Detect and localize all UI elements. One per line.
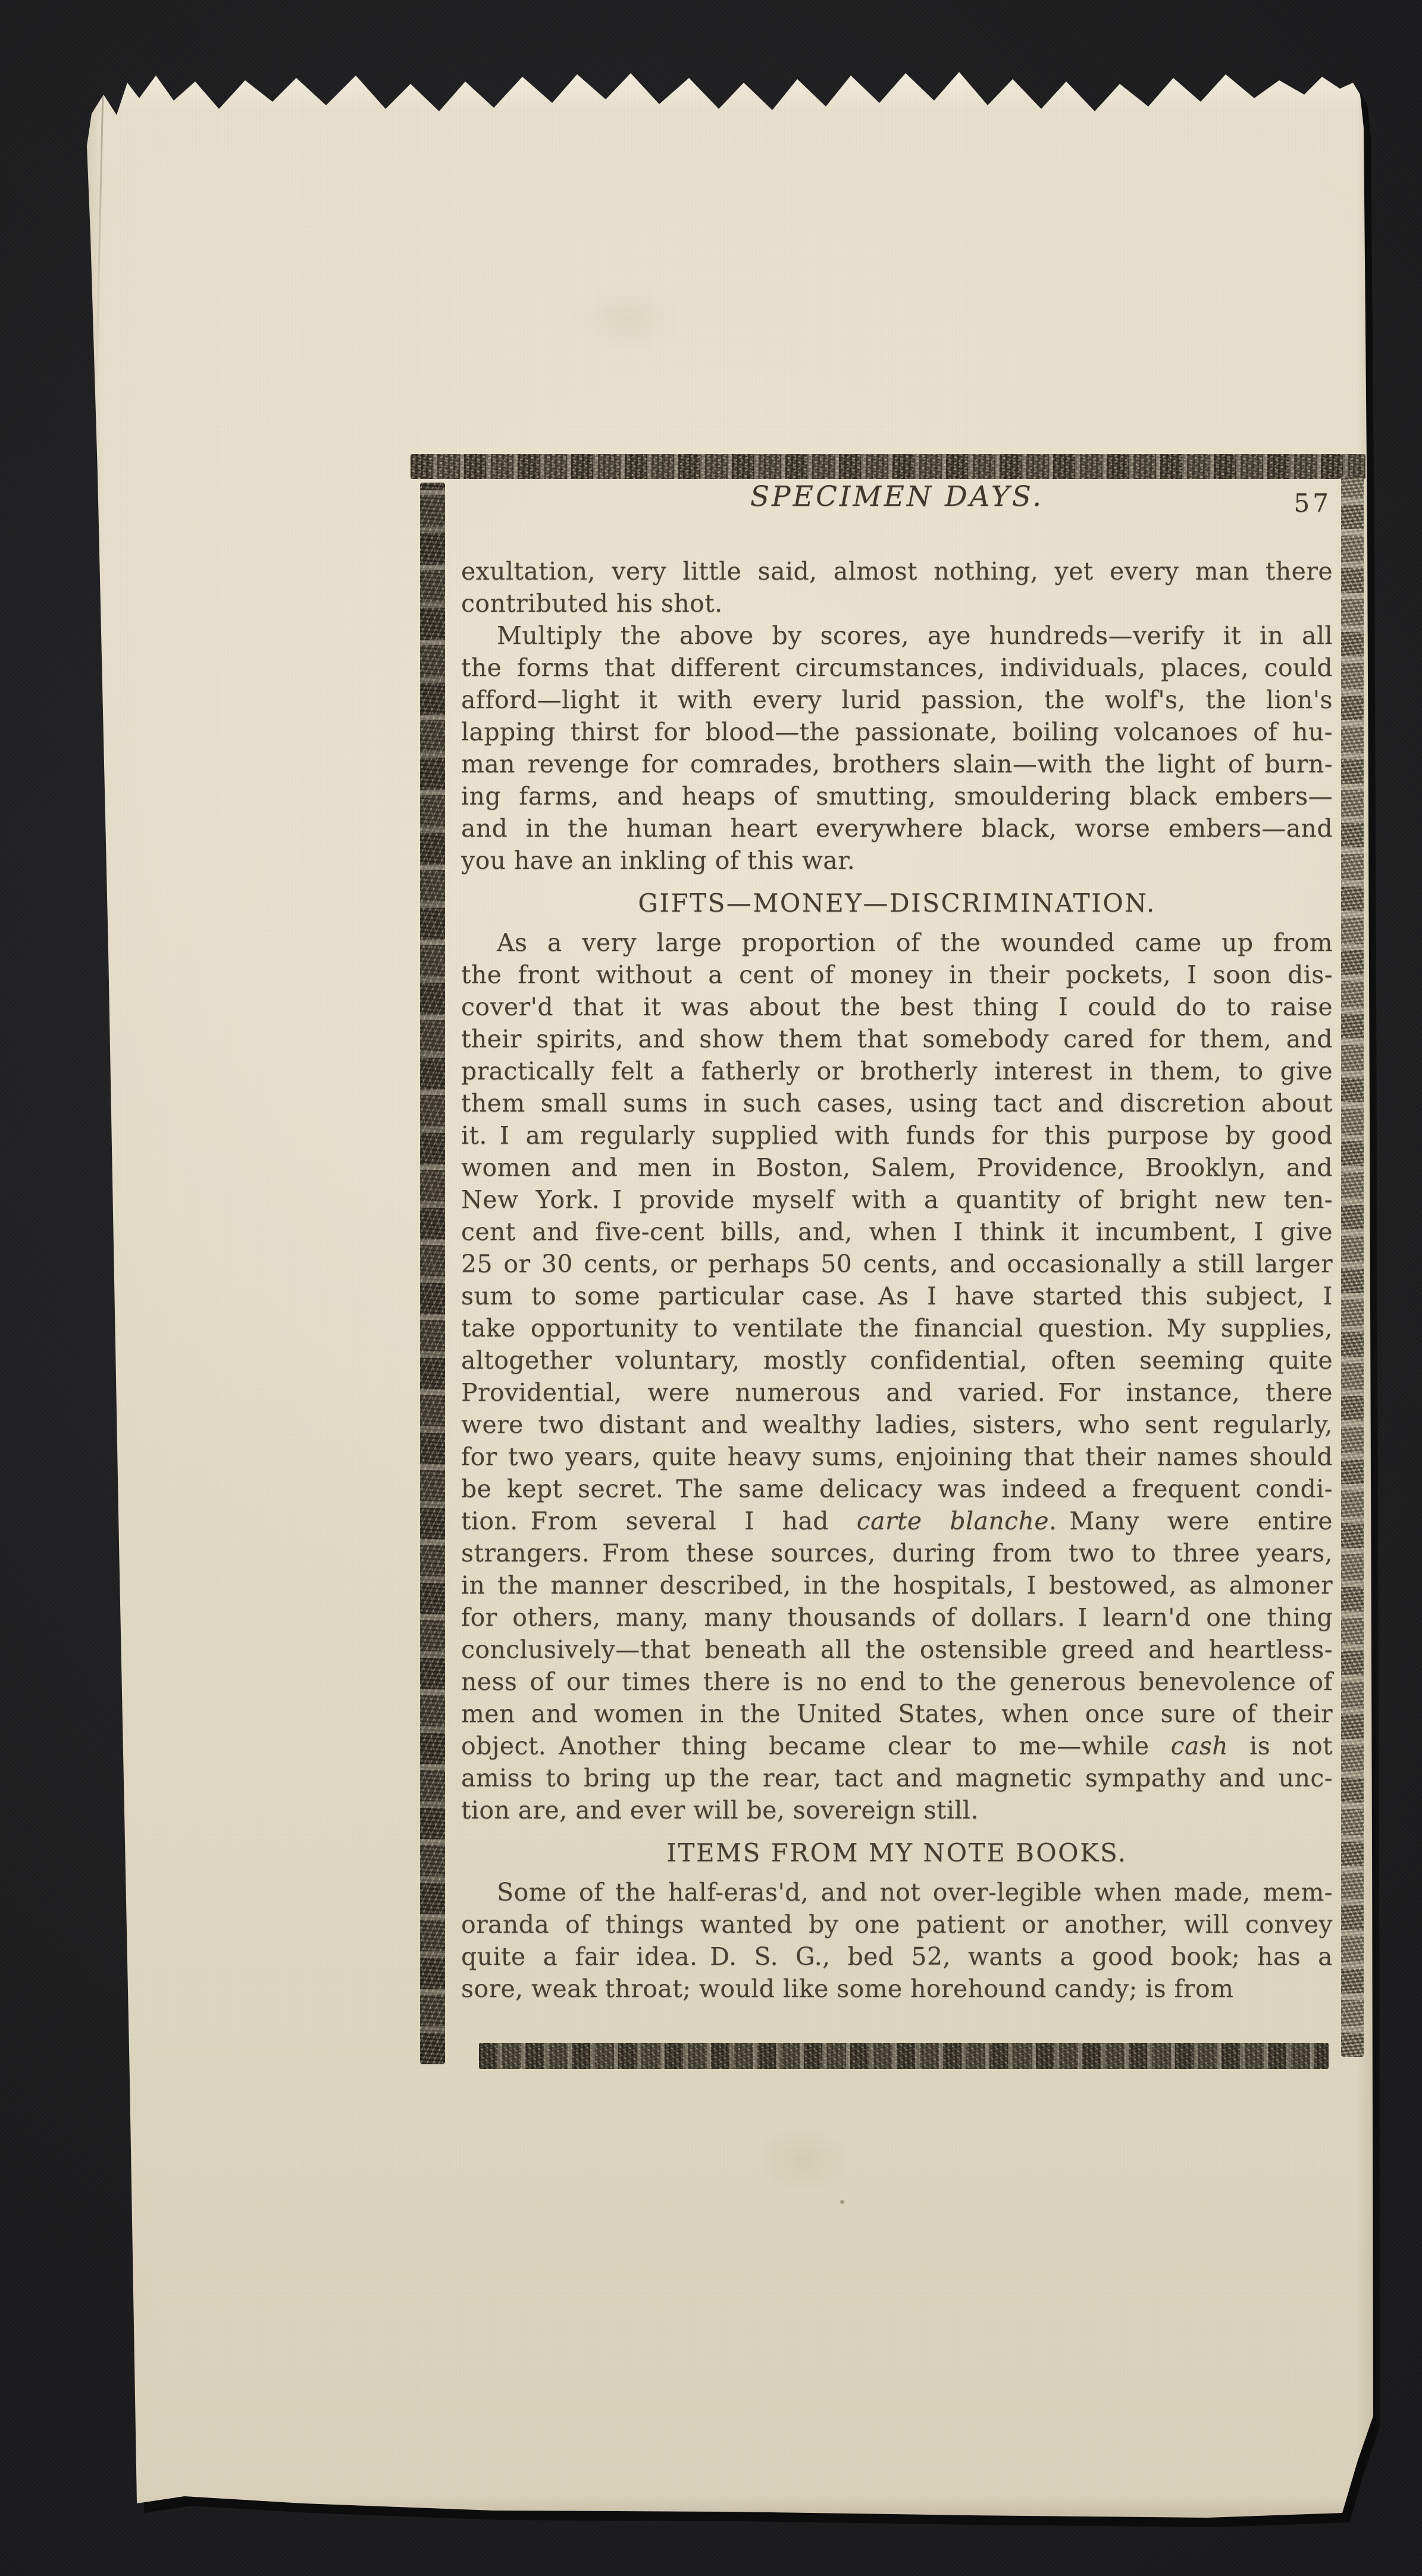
text-line: the forms that different circumstances, … bbox=[461, 652, 1333, 684]
text-line: man revenge for comrades, brothers slain… bbox=[461, 748, 1333, 780]
text-line: cover'd that it was about the best thing… bbox=[461, 991, 1333, 1023]
paper-crease bbox=[95, 80, 104, 390]
text-line: object. Another thing became clear to me… bbox=[461, 1730, 1333, 1762]
page-number: 57 bbox=[1294, 489, 1332, 518]
text-line: sore, weak throat; would like some horeh… bbox=[461, 1973, 1333, 2005]
text-line: and in the human heart everywhere black,… bbox=[461, 812, 1333, 844]
text-line: it. I am regularly supplied with funds f… bbox=[461, 1119, 1333, 1151]
paragraph: Some of the half-eras'd, and not over-le… bbox=[461, 1876, 1333, 2005]
section-heading: ITEMS FROM MY NOTE BOOKS. bbox=[461, 1838, 1333, 1868]
text-line: them small sums in such cases, using tac… bbox=[461, 1087, 1333, 1119]
paragraph: Multiply the above by scores, aye hundre… bbox=[461, 619, 1333, 877]
text-line: cent and five-cent bills, and, when I th… bbox=[461, 1216, 1333, 1248]
text-line: afford—light it with every lurid passion… bbox=[461, 684, 1333, 716]
text-line: 25 or 30 cents, or perhaps 50 cents, and… bbox=[461, 1248, 1333, 1280]
text-line: Multiply the above by scores, aye hundre… bbox=[461, 619, 1333, 652]
text-line: the front without a cent of money in the… bbox=[461, 959, 1333, 991]
text-line: for two years, quite heavy sums, enjoini… bbox=[461, 1441, 1333, 1473]
ornament-top-rule bbox=[411, 454, 1365, 479]
page-content: exultation, very little said, almost not… bbox=[461, 555, 1333, 2005]
text-line: lapping thirst for blood—the passionate,… bbox=[461, 716, 1333, 748]
text-line: tion. From several I had carte blanche. … bbox=[461, 1505, 1333, 1537]
text-line: you have an inkling of this war. bbox=[461, 844, 1333, 877]
text-line: take opportunity to ventilate the financ… bbox=[461, 1312, 1333, 1344]
text-line: be kept secret. The same delicacy was in… bbox=[461, 1473, 1333, 1505]
text-line: contributed his shot. bbox=[461, 587, 1333, 619]
text-line: altogether voluntary, mostly confidentia… bbox=[461, 1344, 1333, 1376]
text-line: for others, many, many thousands of doll… bbox=[461, 1601, 1333, 1633]
text-line: ness of our times there is no end to the… bbox=[461, 1666, 1333, 1698]
text-line: New York. I provide myself with a quanti… bbox=[461, 1184, 1333, 1216]
text-line: women and men in Boston, Salem, Providen… bbox=[461, 1151, 1333, 1184]
text-line: in the manner described, in the hospital… bbox=[461, 1569, 1333, 1601]
paragraph: As a very large proportion of the wounde… bbox=[461, 927, 1333, 1826]
text-line: quite a fair idea. D. S. G., bed 52, wan… bbox=[461, 1940, 1333, 1973]
text-line: practically felt a fatherly or brotherly… bbox=[461, 1055, 1333, 1087]
paper-stain bbox=[571, 283, 684, 354]
text-line: amiss to bring up the rear, tact and mag… bbox=[461, 1762, 1333, 1794]
scanned-page-stage: SPECIMEN DAYS. 57 exultation, very littl… bbox=[0, 0, 1422, 2576]
running-header-title: SPECIMEN DAYS. bbox=[461, 479, 1333, 515]
text-line: Providential, were numerous and varied. … bbox=[461, 1376, 1333, 1408]
section-heading: GIFTS—MONEY—DISCRIMINATION. bbox=[461, 888, 1333, 918]
text-line: tion are, and ever will be, sovereign st… bbox=[461, 1794, 1333, 1826]
text-line: men and women in the United States, when… bbox=[461, 1698, 1333, 1730]
text-line: oranda of things wanted by one patient o… bbox=[461, 1908, 1333, 1940]
paragraph: exultation, very little said, almost not… bbox=[461, 555, 1333, 619]
paper-sheet: SPECIMEN DAYS. 57 exultation, very littl… bbox=[77, 57, 1374, 2525]
ink-speck bbox=[840, 2200, 844, 2204]
text-line: Some of the half-eras'd, and not over-le… bbox=[461, 1876, 1333, 1908]
ornament-left-rule bbox=[420, 483, 445, 2064]
text-line: sum to some particular case. As I have s… bbox=[461, 1280, 1333, 1312]
text-line: exultation, very little said, almost not… bbox=[461, 555, 1333, 587]
text-line: As a very large proportion of the wounde… bbox=[461, 927, 1333, 959]
running-header: SPECIMEN DAYS. 57 bbox=[461, 479, 1333, 527]
text-line: strangers. From these sources, during fr… bbox=[461, 1537, 1333, 1569]
text-line: were two distant and wealthy ladies, sis… bbox=[461, 1408, 1333, 1441]
text-line: their spirits, and show them that somebo… bbox=[461, 1023, 1333, 1055]
paper-stain bbox=[756, 2127, 851, 2193]
ornament-bottom-rule bbox=[479, 2043, 1329, 2069]
ornament-right-rule bbox=[1341, 477, 1364, 2057]
text-line: ing farms, and heaps of smutting, smould… bbox=[461, 780, 1333, 812]
text-line: conclusively—that beneath all the ostens… bbox=[461, 1633, 1333, 1666]
